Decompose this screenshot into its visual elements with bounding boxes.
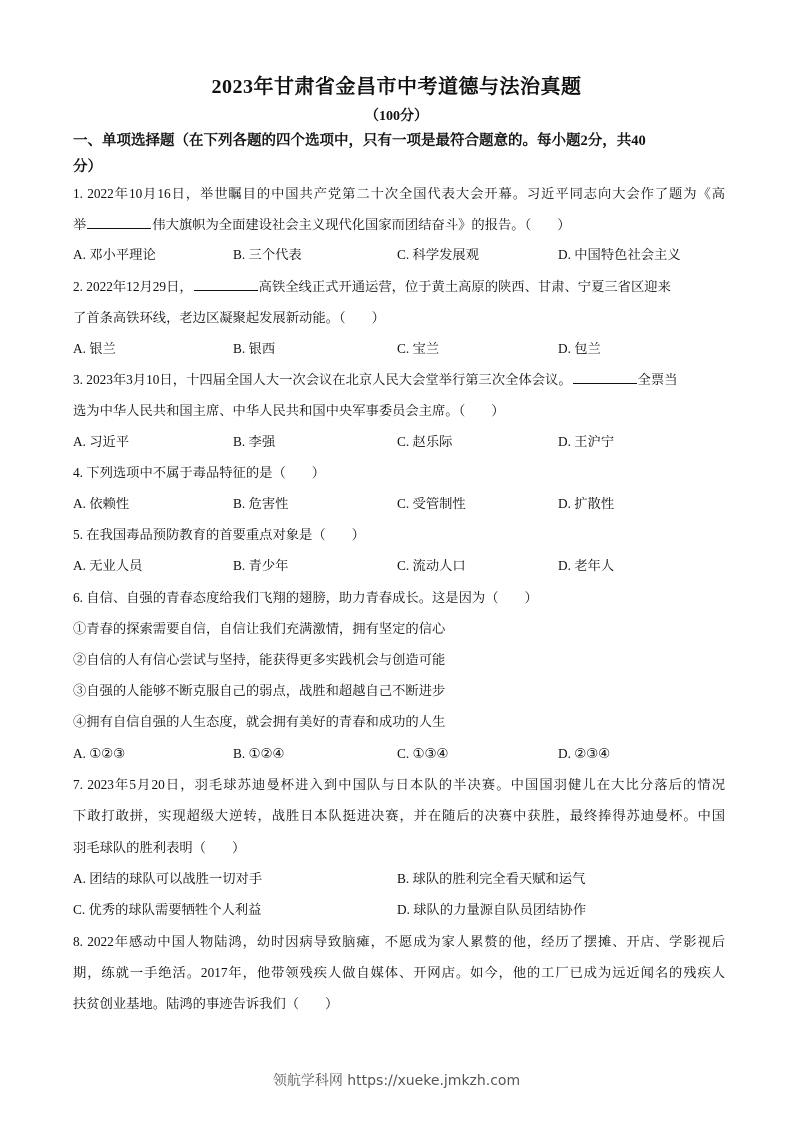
question-3-option-b[interactable]: B. 李强	[233, 433, 275, 451]
question-3-line2-text: 选为中华人民共和国主席、中华人民共和国中央军事委员会主席。（	[73, 403, 465, 418]
question-8-paren-close: ）	[325, 996, 338, 1011]
question-8-line1: 8. 2022年感动中国人物陆鸿，幼时因病导致脑瘫，不愿成为家人累赘的他，经历了…	[73, 933, 725, 951]
question-7-option-c[interactable]: C. 优秀的球队需要牺牲个人利益	[73, 901, 261, 919]
question-6-statement-4: ④拥有自信自强的人生态度，就会拥有美好的青春和成功的人生	[73, 713, 725, 731]
section-heading-line1: 一、单项选择题（在下列各题的四个选项中，只有一项是最符合题意的。每小题2分，共4…	[73, 128, 733, 154]
answer-blank	[573, 371, 637, 384]
section-heading: 一、单项选择题（在下列各题的四个选项中，只有一项是最符合题意的。每小题2分，共4…	[73, 128, 733, 180]
question-2-line2-text: 了首条高铁环线，老边区凝聚起发展新动能。（	[73, 310, 346, 325]
question-4-option-b[interactable]: B. 危害性	[233, 495, 288, 513]
question-3-line1-suffix: 全票当	[638, 372, 678, 387]
question-2-paren-close: ）	[372, 310, 385, 325]
question-4-paren-close: ）	[312, 465, 325, 480]
question-7-paren-close: ）	[232, 840, 245, 855]
page-title: 2023年甘肃省金昌市中考道德与法治真题	[0, 70, 793, 99]
question-6-option-c[interactable]: C. ①③④	[397, 745, 448, 763]
question-1-line2: 举伟大旗帜为全面建设社会主义现代化国家而团结奋斗》的报告。（）	[73, 216, 725, 234]
question-4-option-d[interactable]: D. 扩散性	[558, 495, 614, 513]
exam-page: 2023年甘肃省金昌市中考道德与法治真题 （100分） 一、单项选择题（在下列各…	[0, 0, 793, 1122]
question-7-option-b[interactable]: B. 球队的胜利完全看天赋和运气	[397, 870, 585, 888]
question-4-text: 4. 下列选项中不属于毒品特征的是（	[73, 465, 286, 480]
question-1-option-a[interactable]: A. 邓小平理论	[73, 246, 156, 264]
question-5-text: 5. 在我国毒品预防教育的首要重点对象是（	[73, 527, 326, 542]
question-3-option-d[interactable]: D. 王沪宁	[558, 433, 614, 451]
question-6-line1: 6. 自信、自强的青春态度给我们飞翔的翅膀，助力青春成长。这是因为（）	[73, 589, 725, 607]
question-2-option-a[interactable]: A. 银兰	[73, 340, 116, 358]
question-1-option-c[interactable]: C. 科学发展观	[397, 246, 479, 264]
question-2-option-d[interactable]: D. 包兰	[558, 340, 601, 358]
question-2-option-c[interactable]: C. 宝兰	[397, 340, 439, 358]
question-7-line1: 7. 2023年5月20日，羽毛球苏迪曼杯进入到中国队与日本队的半决赛。中国国羽…	[73, 776, 725, 794]
question-6-paren-close: ）	[525, 590, 538, 605]
question-4-line1: 4. 下列选项中不属于毒品特征的是（）	[73, 464, 725, 482]
question-8-line3: 扶贫创业基地。陆鸿的事迹告诉我们（）	[73, 995, 725, 1013]
question-6-option-a[interactable]: A. ①②③	[73, 745, 125, 763]
question-6-option-b[interactable]: B. ①②④	[233, 745, 284, 763]
question-7-line3: 羽毛球队的胜利表明（）	[73, 839, 725, 857]
footer-watermark: 领航学科网 https://xueke.jmkzh.com	[0, 1070, 793, 1090]
question-6-statement-2: ②自信的人有信心尝试与坚持，能获得更多实践机会与创造可能	[73, 651, 725, 669]
score-subtitle: （100分）	[0, 105, 793, 125]
question-2-line2: 了首条高铁环线，老边区凝聚起发展新动能。（）	[73, 309, 725, 327]
question-7-option-a[interactable]: A. 团结的球队可以战胜一切对手	[73, 870, 262, 888]
section-heading-line2: 分）	[73, 154, 733, 180]
question-3-option-c[interactable]: C. 赵乐际	[397, 433, 452, 451]
question-2-option-b[interactable]: B. 银西	[233, 340, 275, 358]
question-3-line2: 选为中华人民共和国主席、中华人民共和国中央军事委员会主席。（）	[73, 402, 725, 420]
question-1-line2-prefix: 举	[73, 217, 86, 232]
question-1-line2-text: 伟大旗帜为全面建设社会主义现代化国家而团结奋斗》的报告。（	[152, 217, 531, 232]
question-3-line1: 3. 2023年3月10日，十四届全国人大一次会议在北京人民大会堂举行第三次全体…	[73, 371, 725, 389]
question-2-line1: 2. 2022年12月29日，高铁全线正式开通运营，位于黄土高原的陕西、甘肃、宁…	[73, 278, 725, 296]
question-3-line1-prefix: 3. 2023年3月10日，十四届全国人大一次会议在北京人民大会堂举行第三次全体…	[73, 372, 572, 387]
question-7-line2: 下敢打敢拼，实现超级大逆转，战胜日本队挺进决赛，并在随后的决赛中获胜，最终捧得苏…	[73, 807, 725, 825]
question-1-option-d[interactable]: D. 中国特色社会主义	[558, 246, 681, 264]
question-5-option-d[interactable]: D. 老年人	[558, 557, 614, 575]
question-4-option-a[interactable]: A. 依赖性	[73, 495, 129, 513]
question-7-line3-text: 羽毛球队的胜利表明（	[73, 840, 206, 855]
question-5-option-c[interactable]: C. 流动人口	[397, 557, 466, 575]
question-1-line1: 1. 2022年10月16日，举世瞩目的中国共产党第二十次全国代表大会开幕。习近…	[73, 185, 725, 203]
question-5-option-a[interactable]: A. 无业人员	[73, 557, 142, 575]
question-5-option-b[interactable]: B. 青少年	[233, 557, 288, 575]
question-5-line1: 5. 在我国毒品预防教育的首要重点对象是（）	[73, 526, 725, 544]
question-4-option-c[interactable]: C. 受管制性	[397, 495, 466, 513]
question-6-text: 6. 自信、自强的青春态度给我们飞翔的翅膀，助力青春成长。这是因为（	[73, 590, 499, 605]
question-3-paren-close: ）	[491, 403, 504, 418]
question-6-statement-3: ③自强的人能够不断克服自己的弱点，战胜和超越自己不断进步	[73, 682, 725, 700]
question-5-paren-close: ）	[352, 527, 365, 542]
question-6-option-d[interactable]: D. ②③④	[558, 745, 610, 763]
question-7-option-d[interactable]: D. 球队的力量源自队员团结协作	[397, 901, 586, 919]
question-6-statement-1: ①青春的探索需要自信，自信让我们充满激情，拥有坚定的信心	[73, 620, 725, 638]
question-8-line2: 期，练就一手绝活。2017年，他带领残疾人做自媒体、开网店。如今，他的工厂已成为…	[73, 964, 725, 982]
question-8-line3-text: 扶贫创业基地。陆鸿的事迹告诉我们（	[73, 996, 299, 1011]
question-2-line1-suffix: 高铁全线正式开通运营，位于黄土高原的陕西、甘肃、宁夏三省区迎来	[259, 279, 671, 294]
question-3-option-a[interactable]: A. 习近平	[73, 433, 129, 451]
answer-blank	[194, 278, 258, 291]
question-1-option-b[interactable]: B. 三个代表	[233, 246, 302, 264]
question-2-line1-prefix: 2. 2022年12月29日，	[73, 279, 193, 294]
answer-blank	[87, 216, 151, 229]
question-1-paren-close: ）	[557, 217, 570, 232]
